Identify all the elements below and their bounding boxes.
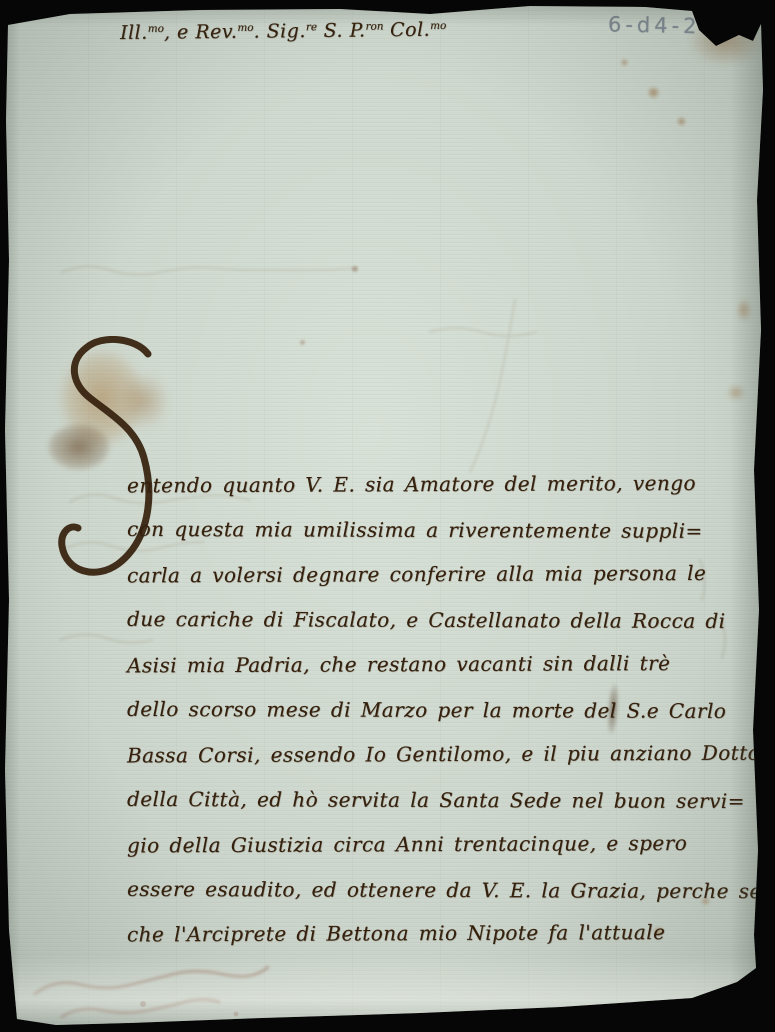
manuscript-line: dello scorso mese di Marzo per la morte …: [127, 697, 775, 723]
manuscript-line: che l'Arciprete di Bettona mio Nipote fa…: [127, 920, 775, 947]
manuscript-line: entendo quanto V. E. sia Amatore del mer…: [127, 471, 775, 498]
stain-speck: [652, 926, 665, 937]
drop-cap-initial-s: [52, 336, 162, 586]
stain-edge: [736, 298, 752, 322]
salutation: Ill.mo, e Rev.mo. Sig.re S. P.ron Col.mo: [120, 18, 500, 44]
salutation-superscript: mo: [430, 20, 446, 32]
manuscript-line: della Città, ed hò servita la Santa Sede…: [127, 787, 775, 813]
stain-speck: [700, 896, 711, 906]
photo-background: 6-d4-278 Ill.mo, e Rev.mo. Sig.re S. P.r…: [0, 0, 775, 1032]
manuscript-line: gio della Giustizia circa Anni trentacin…: [127, 831, 775, 858]
stain-torn-corner: [688, 16, 764, 66]
stain-speck: [620, 58, 629, 67]
salutation-superscript: mo: [148, 23, 164, 35]
stain-edge: [726, 384, 746, 401]
salutation-superscript: re: [306, 21, 317, 33]
ink-smear: [606, 684, 619, 735]
stain-speck: [300, 340, 305, 345]
salutation-superscript: ron: [365, 20, 383, 32]
salutation-part: , e Rev.: [164, 21, 238, 44]
stain-speck: [676, 116, 687, 127]
manuscript-line: con questa mia umilissima a riverentemen…: [127, 517, 775, 543]
manuscript-line: Bassa Corsi, essendo Io Gentilomo, e il …: [127, 741, 775, 768]
salutation-part: S. P.: [317, 19, 366, 42]
salutation-part: . Sig.: [253, 20, 306, 43]
stain-speck: [646, 86, 661, 99]
salutation-part: Col.: [383, 19, 430, 41]
manuscript-page: 6-d4-278 Ill.mo, e Rev.mo. Sig.re S. P.r…: [0, 0, 775, 1032]
archival-number: 6-d4-278: [608, 12, 758, 39]
manuscript-line: due cariche di Fiscalato, e Castellanato…: [127, 607, 775, 633]
manuscript-line: carla a volersi degnare conferire alla m…: [127, 561, 775, 588]
salutation-superscript: mo: [237, 22, 253, 34]
manuscript-line: Asisi mia Padria, che restano vacanti si…: [127, 651, 775, 678]
salutation-part: Ill.: [120, 22, 148, 44]
stain-speck: [352, 266, 358, 272]
manuscript-line: essere esaudito, ed ottenere da V. E. la…: [127, 877, 775, 903]
